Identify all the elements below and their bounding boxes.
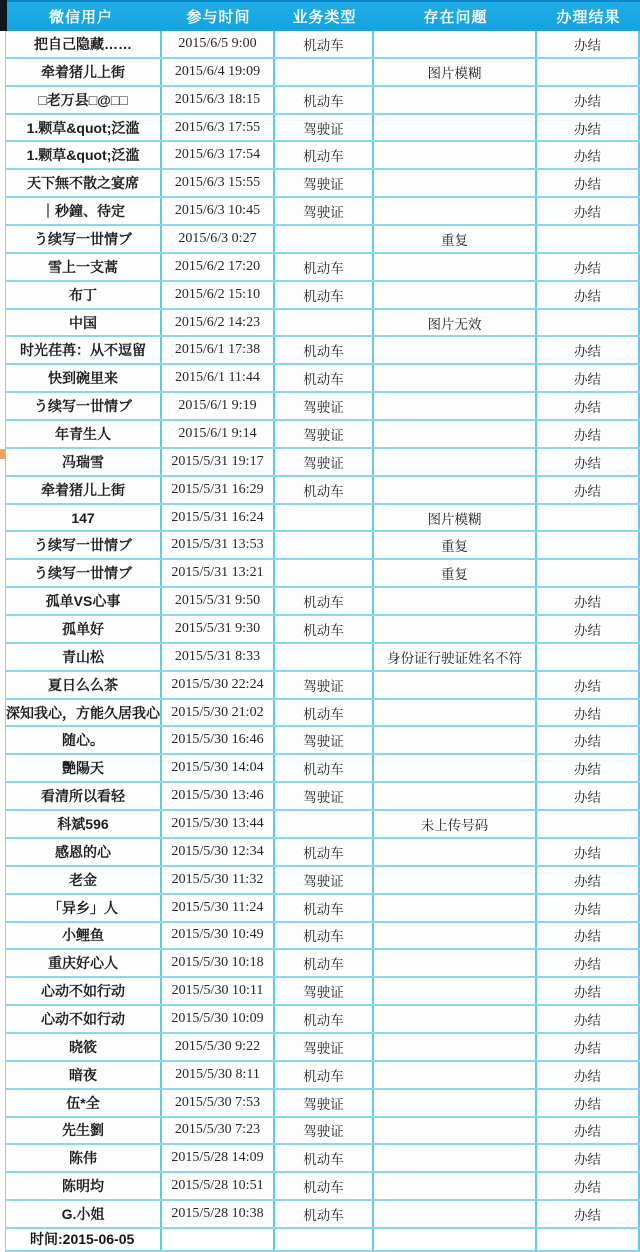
table-row: 暗夜2015/5/30 8:11机动车办结 xyxy=(5,1062,640,1090)
cell-issue xyxy=(374,115,537,141)
cell-time: 2015/6/3 10:45 xyxy=(162,198,275,224)
cell-result: 办结 xyxy=(537,672,640,698)
cell-result: 办结 xyxy=(537,839,640,865)
header-left-dark-edge xyxy=(0,0,7,31)
cell-issue xyxy=(374,1145,537,1171)
cell-result xyxy=(537,532,640,558)
cell-result xyxy=(537,560,640,586)
cell-business-type: 驾驶证 xyxy=(275,421,374,447)
cell-result: 办结 xyxy=(537,1173,640,1199)
cell-issue xyxy=(374,254,537,280)
cell-time: 2015/6/3 17:55 xyxy=(162,115,275,141)
cell-result: 办结 xyxy=(537,198,640,224)
table-row: □老万县□@□□2015/6/3 18:15机动车办结 xyxy=(5,87,640,115)
cell-time: 2015/5/31 9:50 xyxy=(162,588,275,614)
cell-business-type: 驾驶证 xyxy=(275,727,374,753)
cell-username: 孤单VS心事 xyxy=(5,588,162,614)
table-row: 先生劉2015/5/30 7:23驾驶证办结 xyxy=(5,1118,640,1146)
cell-issue xyxy=(374,616,537,642)
cell-result xyxy=(537,310,640,336)
cell-issue xyxy=(374,1201,537,1227)
cell-business-type: 驾驶证 xyxy=(275,170,374,196)
cell-time: 2015/5/31 13:53 xyxy=(162,532,275,558)
table-row: 老金2015/5/30 11:32驾驶证办结 xyxy=(5,867,640,895)
cell-result: 办结 xyxy=(537,170,640,196)
cell-issue xyxy=(374,839,537,865)
table-row: 牵着猪儿上街2015/5/31 16:29机动车办结 xyxy=(5,477,640,505)
table-row: G.小姐2015/5/28 10:38机动车办结 xyxy=(5,1201,640,1229)
cell-result: 办结 xyxy=(537,867,640,893)
cell-time: 2015/5/31 16:24 xyxy=(162,505,275,531)
cell-business-type: 机动车 xyxy=(275,1062,374,1088)
cell-result: 办结 xyxy=(537,950,640,976)
cell-issue xyxy=(374,198,537,224)
cell-issue xyxy=(374,950,537,976)
cell-username: 把自己隐藏…… xyxy=(5,31,162,57)
cell-time: 2015/5/30 12:34 xyxy=(162,839,275,865)
cell-result: 办结 xyxy=(537,1006,640,1032)
table-row: 布丁2015/6/2 15:10机动车办结 xyxy=(5,282,640,310)
cell-time: 2015/6/1 9:19 xyxy=(162,393,275,419)
cell-business-type: 机动车 xyxy=(275,755,374,781)
cell-username: 147 xyxy=(5,505,162,531)
cell-result: 办结 xyxy=(537,588,640,614)
cell-issue: 身份证行驶证姓名不符 xyxy=(374,644,537,670)
cell-business-type: 驾驶证 xyxy=(275,198,374,224)
cell-result: 办结 xyxy=(537,282,640,308)
table-row: 心动不如行动2015/5/30 10:11驾驶证办结 xyxy=(5,978,640,1006)
footer-empty-cell xyxy=(275,1229,374,1250)
cell-result xyxy=(537,644,640,670)
table-row: 重庆好心人2015/5/30 10:18机动车办结 xyxy=(5,950,640,978)
cell-time: 2015/6/3 15:55 xyxy=(162,170,275,196)
cell-time: 2015/5/31 8:33 xyxy=(162,644,275,670)
cell-result: 办结 xyxy=(537,115,640,141)
column-header: 参与时间 xyxy=(162,2,275,31)
cell-username: 陈伟 xyxy=(5,1145,162,1171)
table-row: 看清所以看轻2015/5/30 13:46驾驶证办结 xyxy=(5,783,640,811)
cell-result: 办结 xyxy=(537,700,640,726)
cell-business-type: 驾驶证 xyxy=(275,1090,374,1116)
cell-time: 2015/5/31 9:30 xyxy=(162,616,275,642)
cell-username: ｜秒鐘、待定 xyxy=(5,198,162,224)
table-row: 1472015/5/31 16:24图片模糊 xyxy=(5,505,640,533)
cell-business-type: 机动车 xyxy=(275,700,374,726)
cell-time: 2015/6/3 18:15 xyxy=(162,87,275,113)
cell-business-type: 驾驶证 xyxy=(275,867,374,893)
cell-business-type: 机动车 xyxy=(275,1006,374,1032)
cell-business-type xyxy=(275,644,374,670)
table-footer-row: 时间:2015-06-05 xyxy=(5,1229,640,1252)
cell-issue xyxy=(374,755,537,781)
cell-business-type: 驾驶证 xyxy=(275,449,374,475)
cell-issue: 重复 xyxy=(374,560,537,586)
table-row: 1.颗草&quot;泛滥2015/6/3 17:54机动车办结 xyxy=(5,142,640,170)
table-body: 把自己隐藏……2015/6/5 9:00机动车办结牵着猪儿上街2015/6/4 … xyxy=(0,31,640,1229)
cell-time: 2015/6/2 14:23 xyxy=(162,310,275,336)
cell-time: 2015/6/1 11:44 xyxy=(162,365,275,391)
cell-issue xyxy=(374,1118,537,1144)
cell-business-type xyxy=(275,505,374,531)
column-header: 微信用户 xyxy=(0,2,162,31)
column-header: 办理结果 xyxy=(537,2,640,31)
cell-result: 办结 xyxy=(537,1062,640,1088)
cell-business-type xyxy=(275,226,374,252)
cell-time: 2015/5/30 7:53 xyxy=(162,1090,275,1116)
cell-issue: 未上传号码 xyxy=(374,811,537,837)
table-row: 雪上一支蒿2015/6/2 17:20机动车办结 xyxy=(5,254,640,282)
cell-time: 2015/5/28 14:09 xyxy=(162,1145,275,1171)
cell-username: 夏日么么茶 xyxy=(5,672,162,698)
cell-result: 办结 xyxy=(537,421,640,447)
cell-issue xyxy=(374,588,537,614)
table-row: 深知我心，方能久居我心2015/5/30 21:02机动车办结 xyxy=(5,700,640,728)
table-row: う续写一丗情ブ2015/6/1 9:19驾驶证办结 xyxy=(5,393,640,421)
cell-time: 2015/5/30 11:24 xyxy=(162,895,275,921)
cell-issue xyxy=(374,1006,537,1032)
cell-business-type: 机动车 xyxy=(275,142,374,168)
cell-username: 暗夜 xyxy=(5,1062,162,1088)
cell-time: 2015/5/30 14:04 xyxy=(162,755,275,781)
cell-result: 办结 xyxy=(537,616,640,642)
cell-business-type: 机动车 xyxy=(275,588,374,614)
cell-result: 办结 xyxy=(537,1034,640,1060)
cell-issue xyxy=(374,1034,537,1060)
table-row: 随心。2015/5/30 16:46驾驶证办结 xyxy=(5,727,640,755)
cell-username: 中国 xyxy=(5,310,162,336)
cell-issue xyxy=(374,895,537,921)
cell-time: 2015/6/3 17:54 xyxy=(162,142,275,168)
cell-result: 办结 xyxy=(537,254,640,280)
cell-issue: 图片无效 xyxy=(374,310,537,336)
cell-time: 2015/5/28 10:38 xyxy=(162,1201,275,1227)
cell-username: 晓筱 xyxy=(5,1034,162,1060)
cell-time: 2015/5/30 13:46 xyxy=(162,783,275,809)
cell-username: 快到碗里来 xyxy=(5,365,162,391)
cell-issue xyxy=(374,31,537,57)
cell-business-type: 驾驶证 xyxy=(275,393,374,419)
cell-business-type: 机动车 xyxy=(275,365,374,391)
table-row: 陈伟2015/5/28 14:09机动车办结 xyxy=(5,1145,640,1173)
cell-result xyxy=(537,226,640,252)
cell-business-type xyxy=(275,310,374,336)
cell-username: 伍*全 xyxy=(5,1090,162,1116)
cell-time: 2015/5/31 13:21 xyxy=(162,560,275,586)
cell-username: う续写一丗情ブ xyxy=(5,532,162,558)
cell-issue xyxy=(374,1090,537,1116)
table-row: 伍*全2015/5/30 7:53驾驶证办结 xyxy=(5,1090,640,1118)
cell-issue: 重复 xyxy=(374,226,537,252)
cell-username: 青山松 xyxy=(5,644,162,670)
table-row: 「异乡」人2015/5/30 11:24机动车办结 xyxy=(5,895,640,923)
sheet-edge-comment-marker xyxy=(0,449,5,459)
cell-username: う续写一丗情ブ xyxy=(5,393,162,419)
cell-issue: 图片模糊 xyxy=(374,505,537,531)
cell-username: う续写一丗情ブ xyxy=(5,226,162,252)
cell-time: 2015/5/30 7:23 xyxy=(162,1118,275,1144)
cell-result: 办结 xyxy=(537,449,640,475)
cell-username: 艷陽天 xyxy=(5,755,162,781)
cell-time: 2015/5/30 22:24 xyxy=(162,672,275,698)
cell-result: 办结 xyxy=(537,393,640,419)
table-row: 夏日么么茶2015/5/30 22:24驾驶证办结 xyxy=(5,672,640,700)
cell-issue xyxy=(374,393,537,419)
cell-result: 办结 xyxy=(537,337,640,363)
cell-issue xyxy=(374,365,537,391)
cell-time: 2015/5/30 10:09 xyxy=(162,1006,275,1032)
table-row: 科斌5962015/5/30 13:44未上传号码 xyxy=(5,811,640,839)
cell-result: 办结 xyxy=(537,1118,640,1144)
cell-business-type: 机动车 xyxy=(275,923,374,949)
cell-username: 感恩的心 xyxy=(5,839,162,865)
cell-result: 办结 xyxy=(537,978,640,1004)
cell-username: 先生劉 xyxy=(5,1118,162,1144)
cell-result: 办结 xyxy=(537,1201,640,1227)
table-row: 年青生人2015/6/1 9:14驾驶证办结 xyxy=(5,421,640,449)
cell-business-type: 机动车 xyxy=(275,1201,374,1227)
cell-issue xyxy=(374,783,537,809)
cell-username: 年青生人 xyxy=(5,421,162,447)
cell-business-type: 机动车 xyxy=(275,1173,374,1199)
cell-issue xyxy=(374,867,537,893)
cell-business-type: 驾驶证 xyxy=(275,1118,374,1144)
table-row: 快到碗里来2015/6/1 11:44机动车办结 xyxy=(5,365,640,393)
cell-issue xyxy=(374,700,537,726)
cell-time: 2015/5/31 19:17 xyxy=(162,449,275,475)
table-row: う续写一丗情ブ2015/5/31 13:53重复 xyxy=(5,532,640,560)
cell-result xyxy=(537,505,640,531)
table-row: ｜秒鐘、待定2015/6/3 10:45驾驶证办结 xyxy=(5,198,640,226)
cell-username: 时光荏苒：从不逗留 xyxy=(5,337,162,363)
cell-business-type: 驾驶证 xyxy=(275,115,374,141)
column-header: 业务类型 xyxy=(275,2,374,31)
cell-time: 2015/6/1 9:14 xyxy=(162,421,275,447)
cell-username: 1.颗草&quot;泛滥 xyxy=(5,142,162,168)
table-row: 牵着猪儿上街2015/6/4 19:09图片模糊 xyxy=(5,59,640,87)
cell-issue xyxy=(374,421,537,447)
cell-business-type: 机动车 xyxy=(275,616,374,642)
cell-issue xyxy=(374,449,537,475)
cell-result xyxy=(537,811,640,837)
table-row: う续写一丗情ブ2015/6/3 0:27重复 xyxy=(5,226,640,254)
cell-issue: 重复 xyxy=(374,532,537,558)
cell-business-type: 机动车 xyxy=(275,31,374,57)
cell-result: 办结 xyxy=(537,783,640,809)
cell-business-type xyxy=(275,560,374,586)
table-row: 心动不如行动2015/5/30 10:09机动车办结 xyxy=(5,1006,640,1034)
table-row: 把自己隐藏……2015/6/5 9:00机动车办结 xyxy=(5,31,640,59)
cell-username: 心动不如行动 xyxy=(5,1006,162,1032)
cell-business-type: 机动车 xyxy=(275,282,374,308)
cell-time: 2015/5/30 9:22 xyxy=(162,1034,275,1060)
cell-time: 2015/5/30 13:44 xyxy=(162,811,275,837)
cell-username: 天下無不散之宴席 xyxy=(5,170,162,196)
table-row: 小鲤鱼2015/5/30 10:49机动车办结 xyxy=(5,923,640,951)
cell-username: G.小姐 xyxy=(5,1201,162,1227)
cell-time: 2015/5/30 10:18 xyxy=(162,950,275,976)
table-row: 孤单好2015/5/31 9:30机动车办结 xyxy=(5,616,640,644)
cell-business-type: 机动车 xyxy=(275,254,374,280)
cell-issue xyxy=(374,923,537,949)
table-row: 冯瑞雪2015/5/31 19:17驾驶证办结 xyxy=(5,449,640,477)
cell-result: 办结 xyxy=(537,142,640,168)
cell-username: 深知我心，方能久居我心 xyxy=(5,700,162,726)
cell-business-type: 驾驶证 xyxy=(275,672,374,698)
table-row: 青山松2015/5/31 8:33身份证行驶证姓名不符 xyxy=(5,644,640,672)
cell-time: 2015/5/30 21:02 xyxy=(162,700,275,726)
cell-issue xyxy=(374,87,537,113)
table-row: 中国2015/6/2 14:23图片无效 xyxy=(5,310,640,338)
cell-username: 雪上一支蒿 xyxy=(5,254,162,280)
cell-business-type xyxy=(275,532,374,558)
table-row: 陈明均2015/5/28 10:51机动车办结 xyxy=(5,1173,640,1201)
cell-username: 科斌596 xyxy=(5,811,162,837)
cell-time: 2015/6/5 9:00 xyxy=(162,31,275,57)
cell-issue xyxy=(374,142,537,168)
cell-result: 办结 xyxy=(537,87,640,113)
cell-time: 2015/5/30 10:49 xyxy=(162,923,275,949)
cell-username: 布丁 xyxy=(5,282,162,308)
cell-business-type: 机动车 xyxy=(275,895,374,921)
cell-username: 牵着猪儿上街 xyxy=(5,59,162,85)
cell-time: 2015/6/2 17:20 xyxy=(162,254,275,280)
cell-business-type: 机动车 xyxy=(275,337,374,363)
cell-result: 办结 xyxy=(537,365,640,391)
cell-username: 小鲤鱼 xyxy=(5,923,162,949)
cell-time: 2015/6/4 19:09 xyxy=(162,59,275,85)
cell-business-type: 驾驶证 xyxy=(275,1034,374,1060)
cell-result: 办结 xyxy=(537,477,640,503)
cell-business-type xyxy=(275,811,374,837)
cell-result xyxy=(537,59,640,85)
footer-date-label: 时间:2015-06-05 xyxy=(5,1229,162,1250)
table-row: 艷陽天2015/5/30 14:04机动车办结 xyxy=(5,755,640,783)
footer-empty-cell xyxy=(537,1229,640,1250)
table-header-row: 微信用户参与时间业务类型存在问题办理结果 xyxy=(0,0,640,31)
cell-issue xyxy=(374,978,537,1004)
cell-username: 牵着猪儿上街 xyxy=(5,477,162,503)
cell-issue xyxy=(374,1173,537,1199)
cell-issue xyxy=(374,1062,537,1088)
cell-issue xyxy=(374,672,537,698)
cell-issue xyxy=(374,727,537,753)
table-row: う续写一丗情ブ2015/5/31 13:21重复 xyxy=(5,560,640,588)
cell-business-type: 机动车 xyxy=(275,1145,374,1171)
footer-empty-cell xyxy=(374,1229,537,1250)
column-header: 存在问题 xyxy=(374,2,537,31)
cell-time: 2015/5/31 16:29 xyxy=(162,477,275,503)
cell-business-type: 机动车 xyxy=(275,839,374,865)
cell-username: 老金 xyxy=(5,867,162,893)
footer-empty-cell xyxy=(162,1229,275,1250)
cell-business-type: 驾驶证 xyxy=(275,783,374,809)
cell-result: 办结 xyxy=(537,1090,640,1116)
cell-result: 办结 xyxy=(537,895,640,921)
cell-time: 2015/5/30 8:11 xyxy=(162,1062,275,1088)
cell-username: 孤单好 xyxy=(5,616,162,642)
cell-time: 2015/6/3 0:27 xyxy=(162,226,275,252)
cell-issue: 图片模糊 xyxy=(374,59,537,85)
cell-result: 办结 xyxy=(537,31,640,57)
cell-result: 办结 xyxy=(537,923,640,949)
table-row: 时光荏苒：从不逗留2015/6/1 17:38机动车办结 xyxy=(5,337,640,365)
table-row: 天下無不散之宴席2015/6/3 15:55驾驶证办结 xyxy=(5,170,640,198)
cell-business-type: 机动车 xyxy=(275,477,374,503)
cell-time: 2015/5/30 16:46 xyxy=(162,727,275,753)
cell-issue xyxy=(374,170,537,196)
cell-time: 2015/6/2 15:10 xyxy=(162,282,275,308)
cell-username: う续写一丗情ブ xyxy=(5,560,162,586)
table-row: 孤单VS心事2015/5/31 9:50机动车办结 xyxy=(5,588,640,616)
wechat-business-report-table: 微信用户参与时间业务类型存在问题办理结果 把自己隐藏……2015/6/5 9:0… xyxy=(0,0,640,1252)
cell-time: 2015/5/30 10:11 xyxy=(162,978,275,1004)
cell-issue xyxy=(374,282,537,308)
cell-username: □老万县□@□□ xyxy=(5,87,162,113)
cell-time: 2015/6/1 17:38 xyxy=(162,337,275,363)
table-row: 晓筱2015/5/30 9:22驾驶证办结 xyxy=(5,1034,640,1062)
table-row: 感恩的心2015/5/30 12:34机动车办结 xyxy=(5,839,640,867)
cell-username: 「异乡」人 xyxy=(5,895,162,921)
cell-result: 办结 xyxy=(537,727,640,753)
cell-username: 心动不如行动 xyxy=(5,978,162,1004)
cell-username: 看清所以看轻 xyxy=(5,783,162,809)
cell-business-type: 驾驶证 xyxy=(275,978,374,1004)
cell-business-type xyxy=(275,59,374,85)
table-row: 1.颗草&quot;泛滥2015/6/3 17:55驾驶证办结 xyxy=(5,115,640,143)
cell-issue xyxy=(374,337,537,363)
cell-issue xyxy=(374,477,537,503)
cell-username: 陈明均 xyxy=(5,1173,162,1199)
cell-result: 办结 xyxy=(537,755,640,781)
cell-username: 冯瑞雪 xyxy=(5,449,162,475)
cell-result: 办结 xyxy=(537,1145,640,1171)
cell-time: 2015/5/28 10:51 xyxy=(162,1173,275,1199)
cell-username: 重庆好心人 xyxy=(5,950,162,976)
cell-business-type: 机动车 xyxy=(275,950,374,976)
cell-username: 随心。 xyxy=(5,727,162,753)
cell-username: 1.颗草&quot;泛滥 xyxy=(5,115,162,141)
cell-business-type: 机动车 xyxy=(275,87,374,113)
cell-time: 2015/5/30 11:32 xyxy=(162,867,275,893)
